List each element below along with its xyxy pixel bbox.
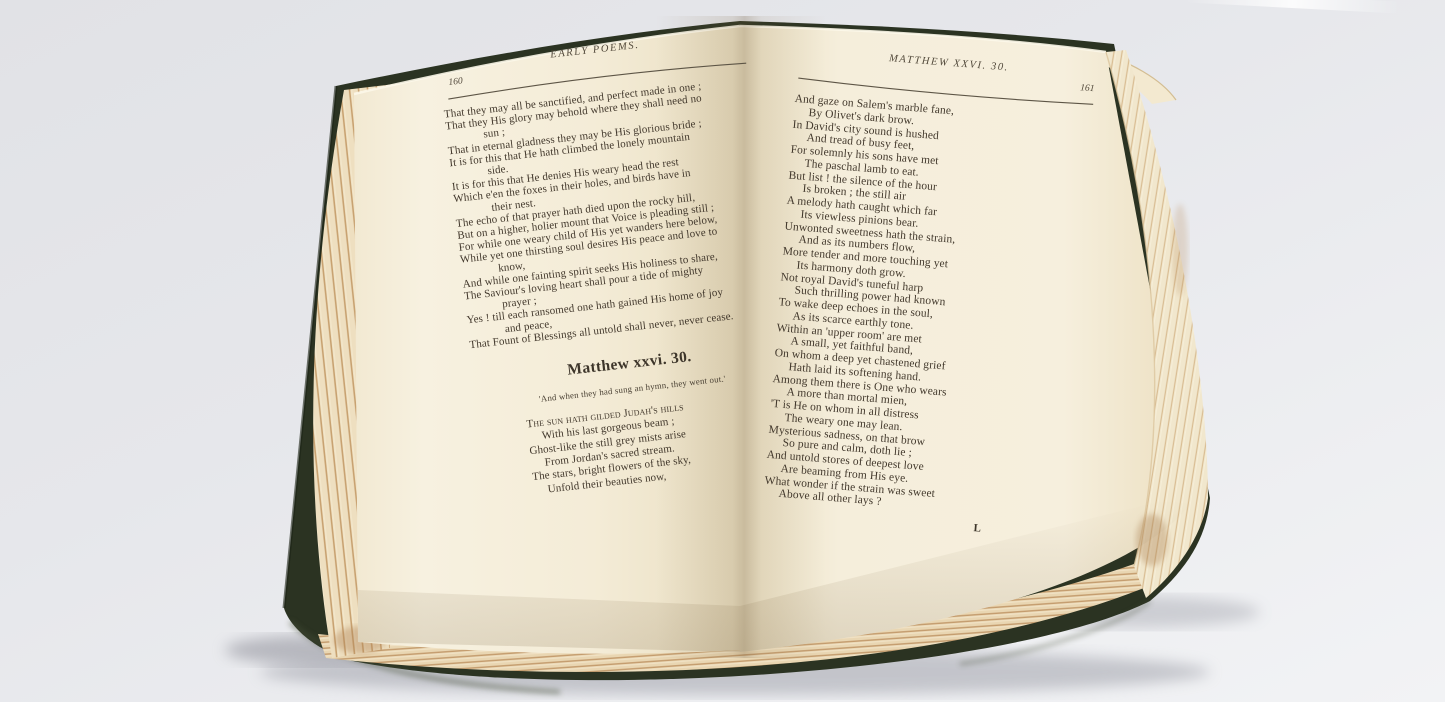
photo-background: { "scene": { "description": "Photograph … xyxy=(0,0,1445,702)
verse-block: That they may all be sanctified, and per… xyxy=(443,74,782,351)
page-number: 160 xyxy=(448,76,463,88)
verse-block: And gaze on Salem's marble fane,By Olive… xyxy=(763,93,1096,523)
page-number: 161 xyxy=(1080,83,1095,94)
right-page: MATTHEW XXVI. 30. 161 And gaze on Salem'… xyxy=(762,44,1100,541)
left-page: 160 EARLY POEMS. That they may all be sa… xyxy=(438,26,799,504)
